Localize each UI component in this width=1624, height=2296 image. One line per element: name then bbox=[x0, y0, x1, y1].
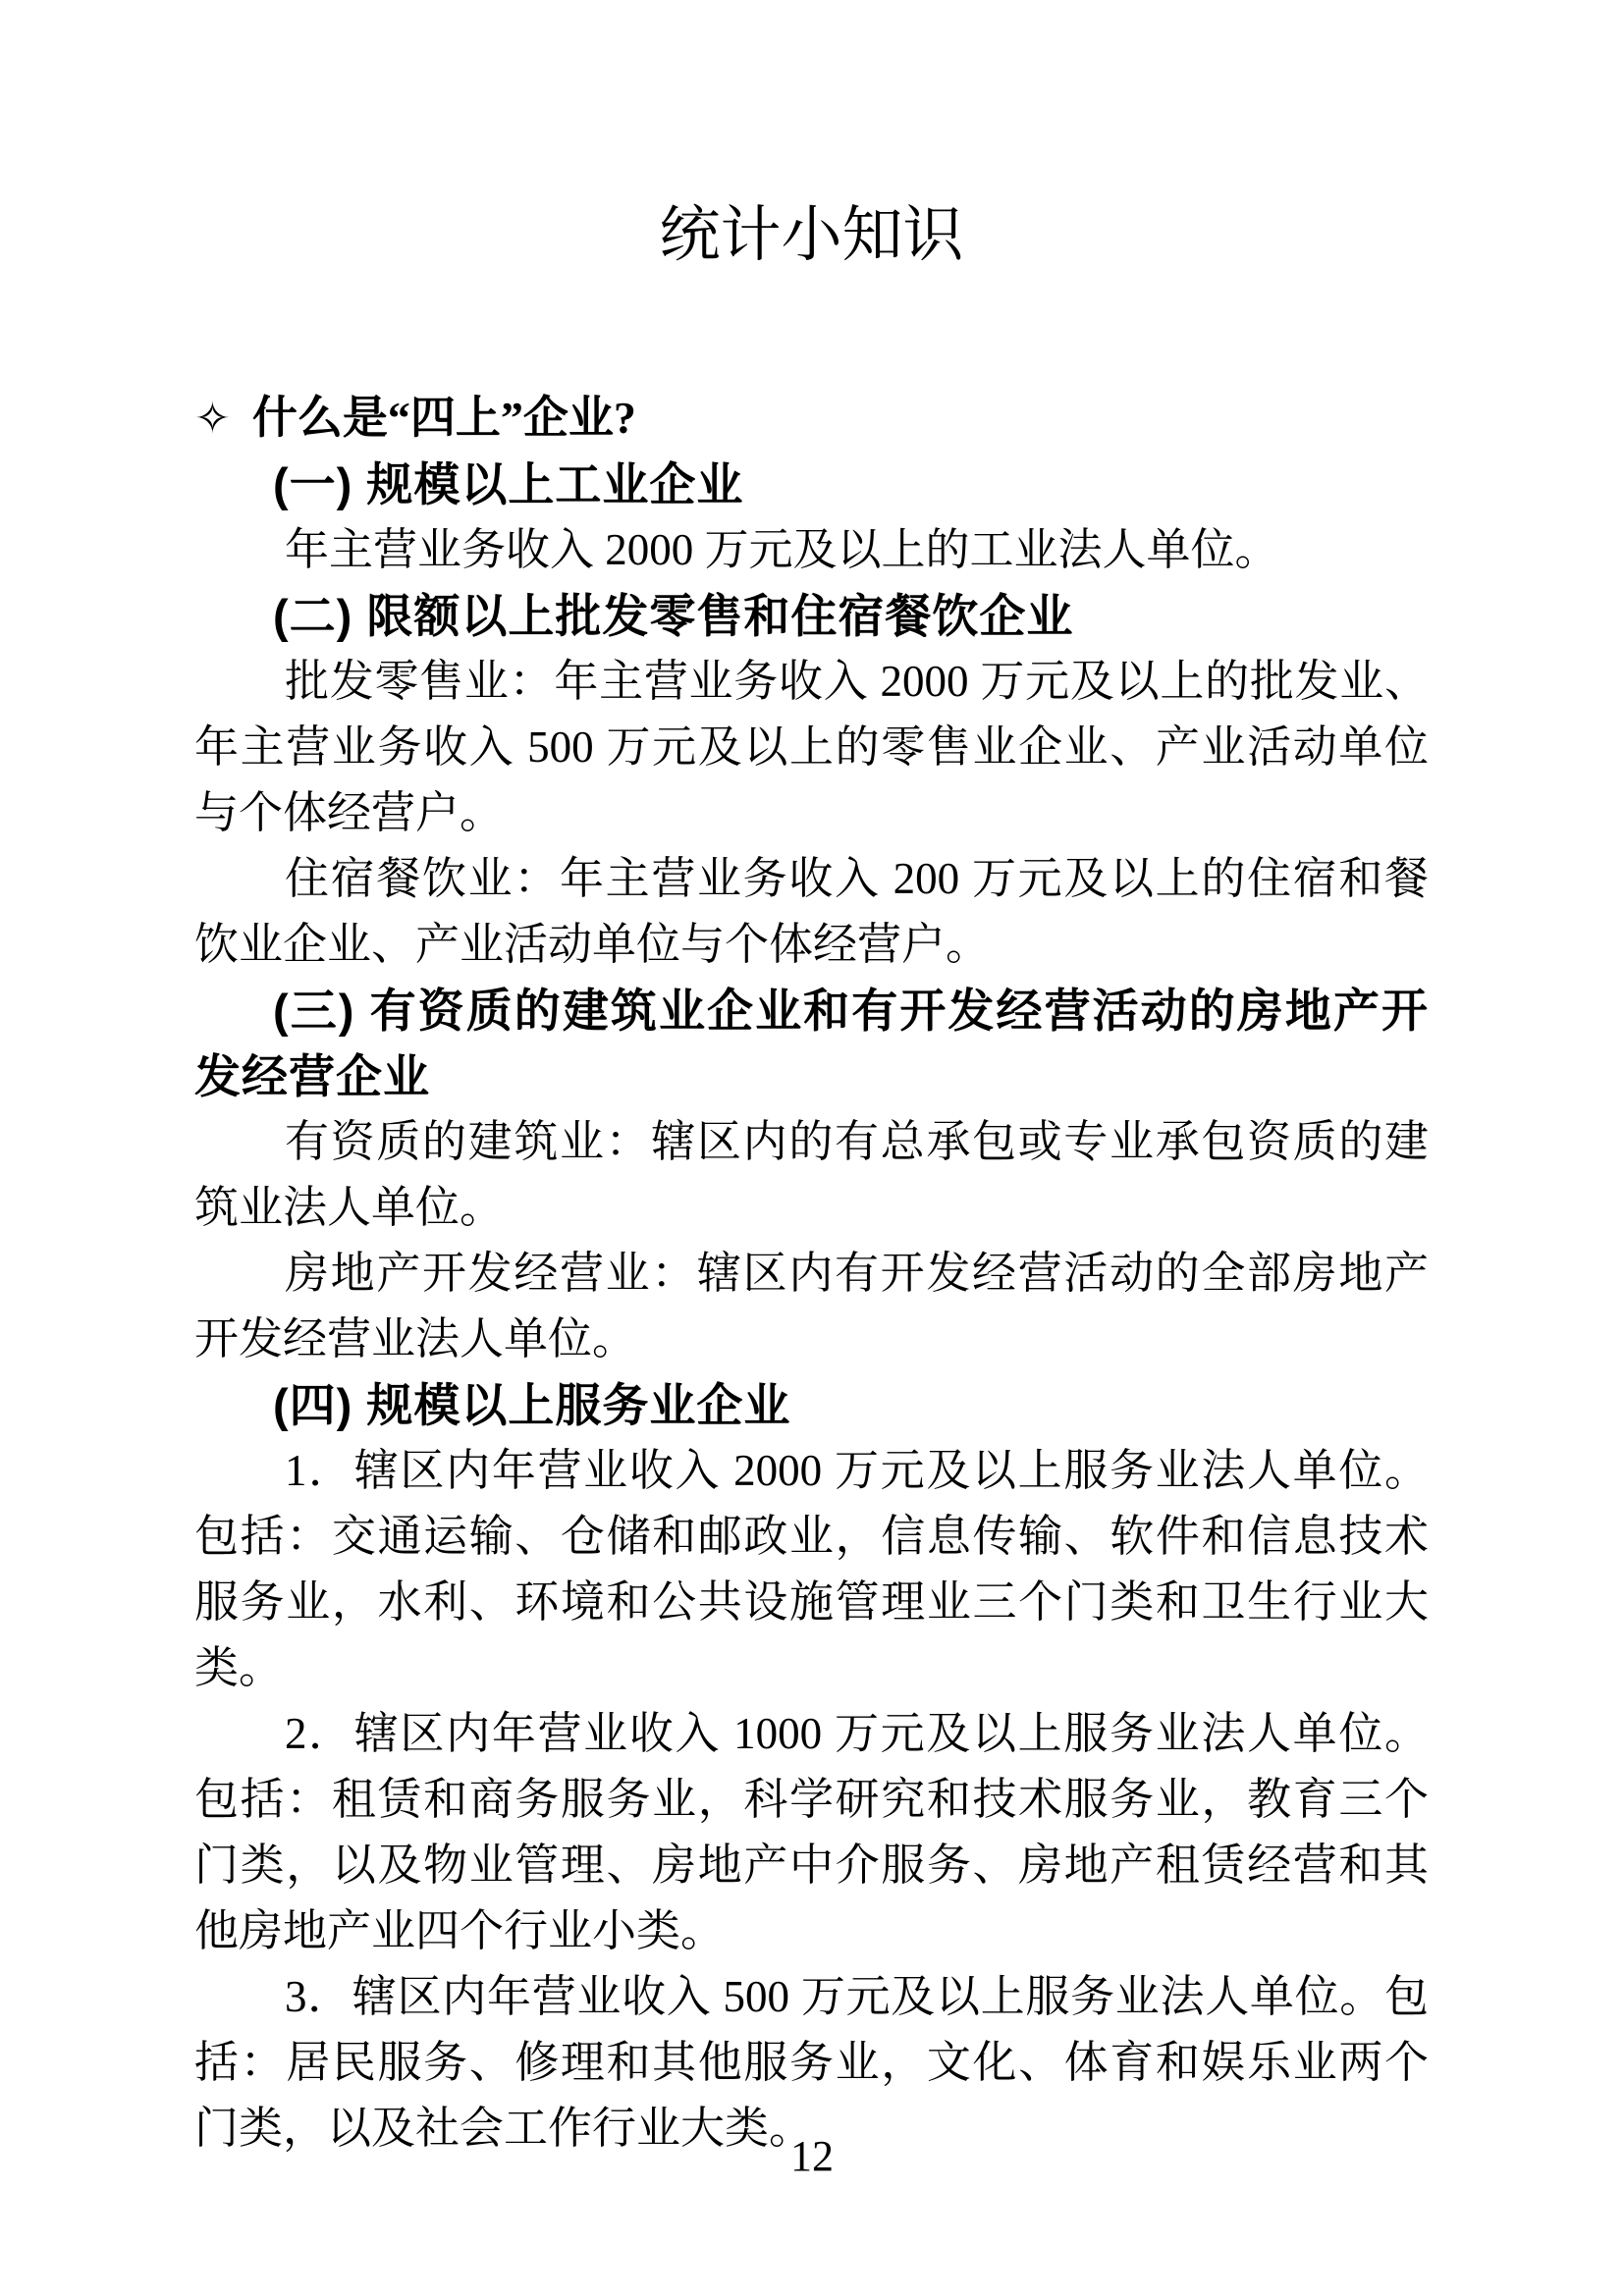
diamond-star-icon: ✧ bbox=[194, 386, 231, 452]
paragraph: 2．辖区内年营业收入 1000 万元及以上服务业法人单位。包括：租赁和商务服务业… bbox=[194, 1701, 1429, 1964]
topic-heading-text: 什么是“四上”企业? bbox=[252, 385, 636, 451]
section-heading-2: (二) 限额以上批发零售和住宿餐饮企业 bbox=[194, 583, 1429, 649]
section-heading-3: (三) 有资质的建筑业企业和有开发经营活动的房地产开发经营企业 bbox=[194, 978, 1429, 1109]
document-page: 统计小知识 ✧ 什么是“四上”企业? (一) 规模以上工业企业 年主营业务收入 … bbox=[0, 0, 1624, 2296]
paragraph: 有资质的建筑业：辖区内的有总承包或专业承包资质的建筑业法人单位。 bbox=[194, 1109, 1429, 1241]
document-body: ✧ 什么是“四上”企业? (一) 规模以上工业企业 年主营业务收入 2000 万… bbox=[194, 385, 1429, 2162]
paragraph: 年主营业务收入 2000 万元及以上的工业法人单位。 bbox=[194, 517, 1429, 583]
paragraph: 批发零售业：年主营业务收入 2000 万元及以上的批发业、年主营业务收入 500… bbox=[194, 649, 1429, 846]
topic-heading: ✧ 什么是“四上”企业? bbox=[194, 385, 1429, 452]
section-heading-4: (四) 规模以上服务业企业 bbox=[194, 1372, 1429, 1438]
section-heading-1: (一) 规模以上工业企业 bbox=[194, 452, 1429, 517]
page-number: 12 bbox=[0, 2132, 1624, 2181]
page-title: 统计小知识 bbox=[194, 201, 1429, 270]
paragraph: 房地产开发经营业：辖区内有开发经营活动的全部房地产开发经营业法人单位。 bbox=[194, 1241, 1429, 1372]
paragraph: 1．辖区内年营业收入 2000 万元及以上服务业法人单位。包括：交通运输、仓储和… bbox=[194, 1438, 1429, 1701]
paragraph: 住宿餐饮业：年主营业务收入 200 万元及以上的住宿和餐饮业企业、产业活动单位与… bbox=[194, 846, 1429, 978]
